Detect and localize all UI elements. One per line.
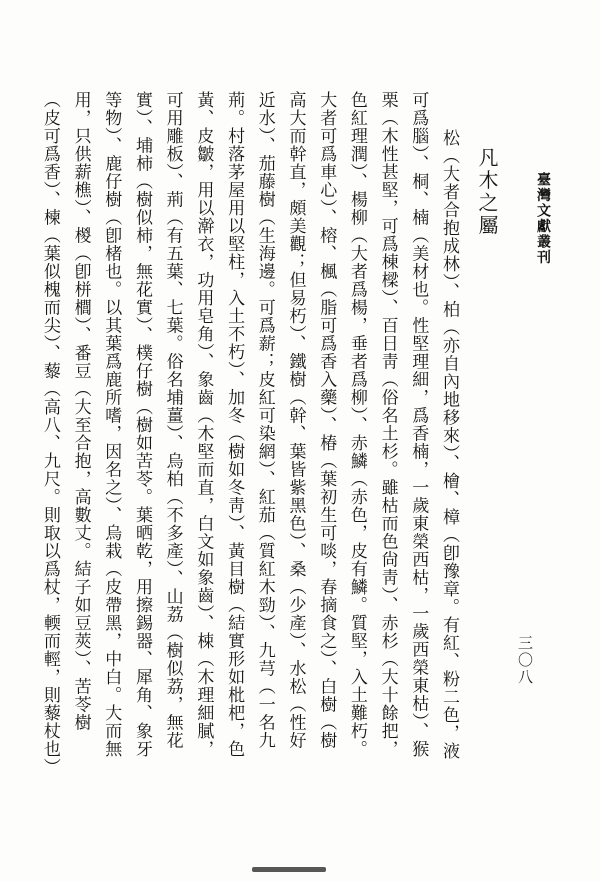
scanned-book-page: 臺灣文獻叢刊 三〇八 凡木之屬 松（大者合抱成林）、柏（亦自內地移來）、檜、樟（… <box>0 0 600 881</box>
text-column: 用，只供薪樵）、椶（卽栟櫚）、番豆（大至合抱，高數丈。結子如豆莢）、苦苓樹 <box>65 91 96 813</box>
text-column: 可爲腦）、桐、楠（美材也。性堅理細，爲香楠，一歲東榮西枯，一歲西榮東枯）、猴 <box>403 91 434 813</box>
section-title: 凡木之屬 <box>473 147 502 237</box>
text-column: 近水）、茄藤樹（生海邊。可爲薪；皮紅可染網）、紅茄（質紅木勁）、九芎（一名九 <box>249 91 280 813</box>
text-column: 荊。村落茅屋用以堅柱，入土不朽）、加冬（樹如冬靑）、黃目樹（結實形如枇杷，色 <box>218 91 249 813</box>
text-column: （皮可爲香）、楝（葉似槐而尖）、藜（高八、九尺。則取以爲杖，輭而輕，則藜杖也） <box>34 91 65 813</box>
text-column: 等物）、鹿仔樹（卽楮也。以其葉爲鹿所嗜，因名之）、烏栽（皮帶黑，中白。大而無 <box>96 91 127 813</box>
text-column: 實）、埔柿（樹似柿，無花實）、樸仔樹（樹如苦苓。葉晒乾，用擦錫器、犀角、象牙 <box>126 91 157 813</box>
main-text-block: 松（大者合抱成林）、柏（亦自內地移來）、檜、樟（卽豫章。有紅、粉二色，液 可爲腦… <box>33 91 464 813</box>
text-column: 大者可爲車心）、榕、楓（脂可爲香入藥）、椿（葉初生可啖，春摘食之）、白樹（樹 <box>310 91 341 813</box>
text-column: 色紅理潤）、楊柳（大者爲楊，垂者爲柳）、赤鱗（赤色，皮有鱗。質堅，入土難朽。 <box>341 91 372 813</box>
text-column: 松（大者合抱成林）、柏（亦自內地移來）、檜、樟（卽豫章。有紅、粉二色，液 <box>433 91 464 813</box>
text-column: 可用雕板）、荊（有五葉、七葉。俗名埔薑）、烏柏（不多產）、山荔（樹似荔，無花 <box>157 91 188 813</box>
scan-edge-artifact <box>252 867 326 872</box>
series-title: 臺灣文獻叢刊 <box>533 172 553 265</box>
text-column: 黃、皮皺，用以澣衣，功用皂角）、象齒（木堅而直，白文如象齒）、梀（木理細膩， <box>188 91 219 813</box>
page-number: 三〇八 <box>515 635 536 686</box>
text-column: 高大而幹直，頗美觀；但易朽）、鐵樹（幹、葉皆紫黑色）、桑（少產）、水松（性好 <box>280 91 311 813</box>
text-column: 栗（木性甚堅，可爲棟樑）、百日靑（俗名土杉。雖枯而色尙靑）、赤杉（大十餘把， <box>372 91 403 813</box>
